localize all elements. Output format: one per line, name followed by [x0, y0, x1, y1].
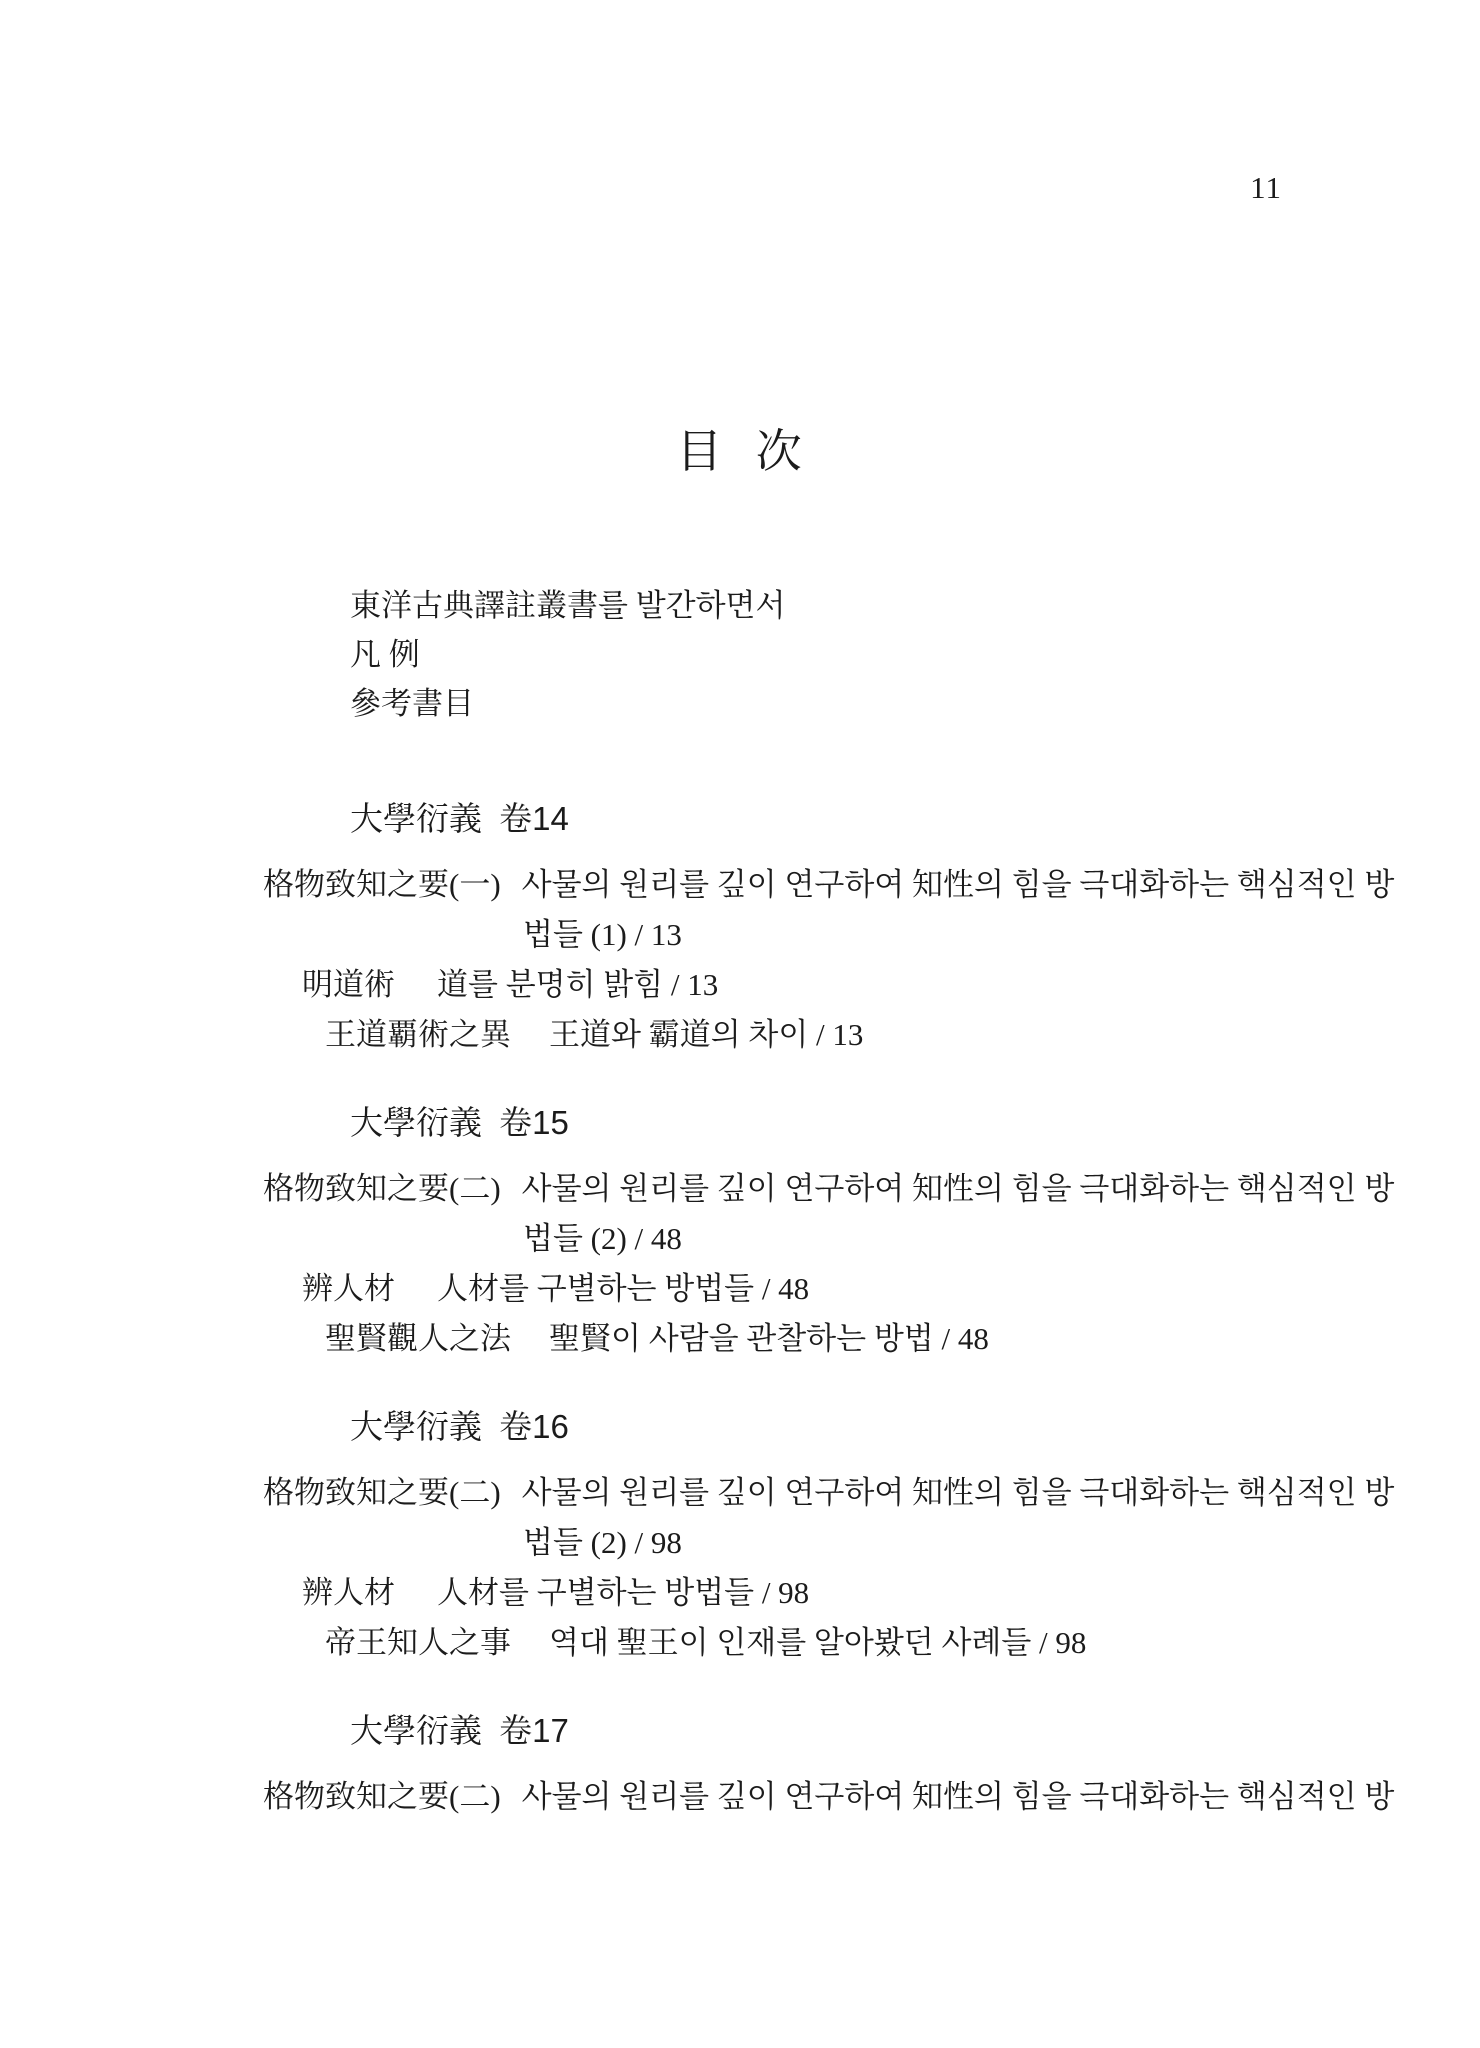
toc-entry-main: 格物致知之要(二) 사물의 원리를 깊이 연구하여 知性의 힘을 극대화하는 핵… — [263, 1772, 1480, 1822]
toc-entry-desc: 역대 聖王이 인재를 알아봤던 사례들 / 98 — [549, 1618, 1086, 1668]
toc-entry-desc: 사물의 원리를 깊이 연구하여 知性의 힘을 극대화하는 핵심적인 방 — [522, 1772, 1395, 1822]
toc-entry-main: 格物致知之要(二) 사물의 원리를 깊이 연구하여 知性의 힘을 극대화하는 핵… — [263, 1468, 1480, 1518]
toc-entry-continuation: 법들 (1) / 13 — [523, 910, 1480, 960]
section-heading: 大學衍義 卷17 — [350, 1706, 1480, 1756]
toc-entry-term: 王道覇術之異 — [325, 1010, 511, 1060]
toc-entry-desc: 사물의 원리를 깊이 연구하여 知性의 힘을 극대화하는 핵심적인 방 — [522, 1164, 1395, 1214]
toc-entry-term: 聖賢觀人之法 — [325, 1314, 511, 1364]
page-title: 目 次 — [0, 424, 1480, 480]
toc-entry-continuation: 법들 (2) / 98 — [523, 1518, 1480, 1568]
toc-entry-term: 格物致知之要(二) — [263, 1164, 501, 1214]
front-matter-item-legend: 凡 例 — [350, 630, 1480, 679]
toc-entry-sub: 辨人材 人材를 구별하는 방법들 / 48 — [302, 1264, 1480, 1314]
toc-entry-main: 格物致知之要(二) 사물의 원리를 깊이 연구하여 知性의 힘을 극대화하는 핵… — [263, 1164, 1480, 1214]
toc-section-vol14: 大學衍義 卷14 格物致知之要(一) 사물의 원리를 깊이 연구하여 知性의 힘… — [0, 794, 1480, 1060]
toc-entry-term: 辨人材 — [302, 1568, 395, 1618]
toc-entry-desc: 사물의 원리를 깊이 연구하여 知性의 힘을 극대화하는 핵심적인 방 — [522, 1468, 1395, 1518]
section-entries: 格物致知之要(二) 사물의 원리를 깊이 연구하여 知性의 힘을 극대화하는 핵… — [0, 1164, 1480, 1364]
toc-entry-term: 格物致知之要(二) — [263, 1772, 501, 1822]
front-matter: 東洋古典譯註叢書를 발간하면서 凡 例 參考書目 — [350, 581, 1480, 728]
toc-entry-term: 格物致知之要(一) — [263, 860, 501, 910]
toc-section-vol17: 大學衍義 卷17 格物致知之要(二) 사물의 원리를 깊이 연구하여 知性의 힘… — [0, 1706, 1480, 1822]
toc-entry-subsub: 王道覇術之異 王道와 霸道의 차이 / 13 — [325, 1010, 1480, 1060]
document-page: 11 目 次 東洋古典譯註叢書를 발간하면서 凡 例 參考書目 大學衍義 卷14… — [0, 0, 1480, 2048]
page-number: 11 — [1250, 172, 1282, 204]
section-entries: 格物致知之要(一) 사물의 원리를 깊이 연구하여 知性의 힘을 극대화하는 핵… — [0, 860, 1480, 1060]
toc-entry-subsub: 帝王知人之事 역대 聖王이 인재를 알아봤던 사례들 / 98 — [325, 1618, 1480, 1668]
toc-entry-main: 格物致知之要(一) 사물의 원리를 깊이 연구하여 知性의 힘을 극대화하는 핵… — [263, 860, 1480, 910]
toc-entry-term: 格物致知之要(二) — [263, 1468, 501, 1518]
front-matter-item-foreword: 東洋古典譯註叢書를 발간하면서 — [350, 581, 1480, 630]
toc-entry-term: 辨人材 — [302, 1264, 395, 1314]
toc-entry-desc: 聖賢이 사람을 관찰하는 방법 / 48 — [549, 1314, 989, 1364]
toc-entry-desc: 人材를 구별하는 방법들 / 48 — [437, 1264, 809, 1314]
section-heading: 大學衍義 卷15 — [350, 1098, 1480, 1148]
toc-section-vol16: 大學衍義 卷16 格物致知之要(二) 사물의 원리를 깊이 연구하여 知性의 힘… — [0, 1402, 1480, 1668]
toc-entry-subsub: 聖賢觀人之法 聖賢이 사람을 관찰하는 방법 / 48 — [325, 1314, 1480, 1364]
toc-entry-desc: 人材를 구별하는 방법들 / 98 — [437, 1568, 809, 1618]
toc-entry-desc: 王道와 霸道의 차이 / 13 — [549, 1010, 863, 1060]
front-matter-item-bibliography: 參考書目 — [350, 679, 1480, 728]
toc-entry-term: 明道術 — [302, 960, 395, 1010]
toc-entry-sub: 辨人材 人材를 구별하는 방법들 / 98 — [302, 1568, 1480, 1618]
toc-entry-desc: 道를 분명히 밝힘 / 13 — [437, 960, 718, 1010]
section-entries: 格物致知之要(二) 사물의 원리를 깊이 연구하여 知性의 힘을 극대화하는 핵… — [0, 1772, 1480, 1822]
toc-entry-term: 帝王知人之事 — [325, 1618, 511, 1668]
toc-entry-desc: 사물의 원리를 깊이 연구하여 知性의 힘을 극대화하는 핵심적인 방 — [522, 860, 1395, 910]
section-heading: 大學衍義 卷16 — [350, 1402, 1480, 1452]
toc-entry-sub: 明道術 道를 분명히 밝힘 / 13 — [302, 960, 1480, 1010]
section-entries: 格物致知之要(二) 사물의 원리를 깊이 연구하여 知性의 힘을 극대화하는 핵… — [0, 1468, 1480, 1668]
section-heading: 大學衍義 卷14 — [350, 794, 1480, 844]
toc-section-vol15: 大學衍義 卷15 格物致知之要(二) 사물의 원리를 깊이 연구하여 知性의 힘… — [0, 1098, 1480, 1364]
toc-entry-continuation: 법들 (2) / 48 — [523, 1214, 1480, 1264]
